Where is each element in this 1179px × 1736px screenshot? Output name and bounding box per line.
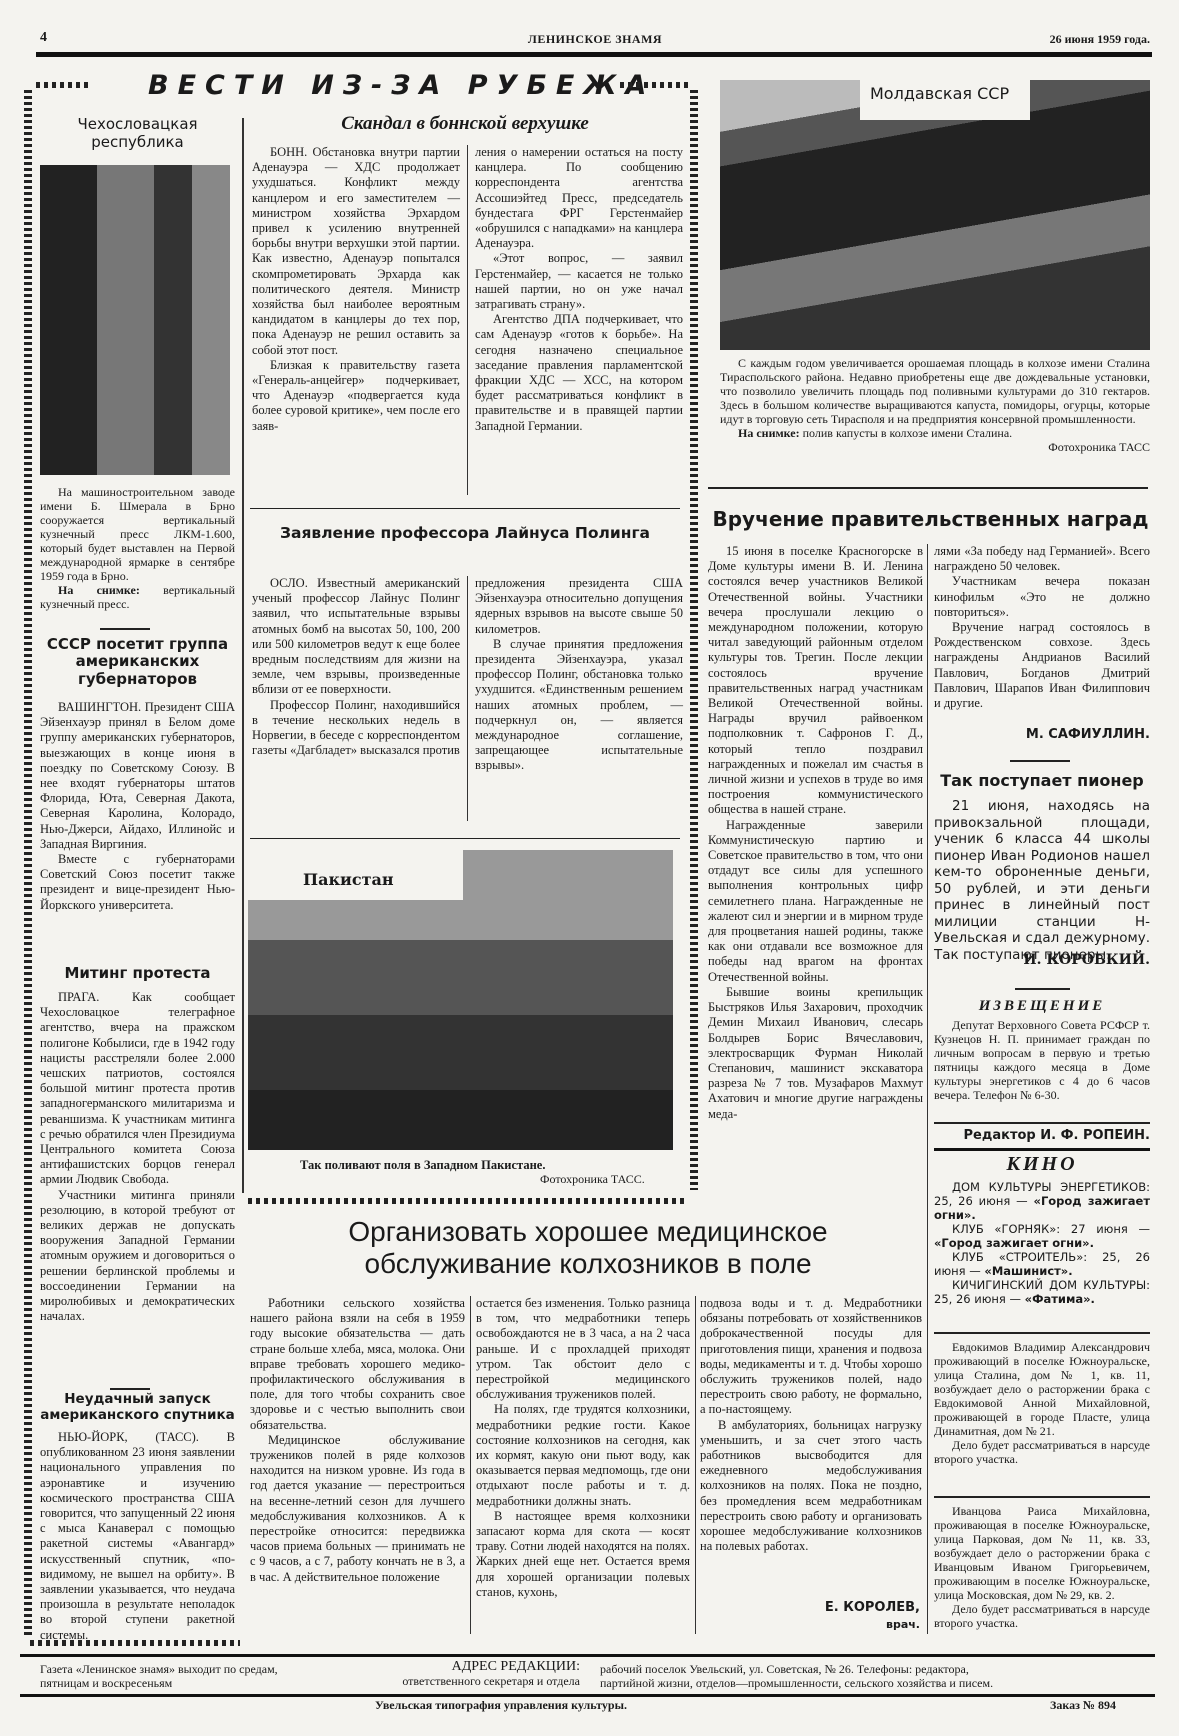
moldova-caption: С каждым годом увеличивается орошаемая п…: [720, 356, 1150, 454]
pauling-article-col1: ОСЛО. Известный американский ученый проф…: [252, 576, 460, 758]
cinema-headline: КИНО: [934, 1153, 1150, 1176]
box-border-right: [690, 90, 698, 1190]
medical-signature: Е. КОРОЛЕВ,: [700, 1600, 920, 1615]
divider: [1015, 988, 1070, 990]
column-rule: [470, 1296, 471, 1634]
bonn-article-col1: БОНН. Обстановка внутри партии Аденауэра…: [252, 145, 460, 434]
footer-rule: [20, 1694, 1155, 1697]
column-rule: [927, 544, 928, 1634]
divider: [934, 1148, 1150, 1151]
bonn-article-col2: ления о намерении остаться на посту канц…: [475, 145, 683, 434]
medical-headline: Организовать хорошее медицинское обслужи…: [248, 1216, 928, 1280]
pioneer-article: 21 июня, находясь на привокзальной площа…: [934, 798, 1150, 963]
box-border-bottom: [30, 1640, 240, 1646]
czech-label: Чехословацкая республика: [40, 115, 235, 151]
box-border-bottom: [248, 1198, 688, 1204]
editorial-address-details: рабочий поселок Увельский, ул. Советская…: [600, 1662, 1160, 1690]
divider: [934, 1496, 1150, 1498]
awards-signature: М. САФИУЛЛИН.: [934, 727, 1150, 742]
divider: [1010, 760, 1070, 762]
cinema-entry: КЛУБ «ГОРНЯК»: 27 июня — «Город зажигает…: [934, 1222, 1150, 1250]
divorce-notice-1: Евдокимов Владимир Александрович прожива…: [934, 1340, 1150, 1466]
cinema-entry: КИЧИГИНСКИЙ ДОМ КУЛЬТУРЫ: 25, 26 июня — …: [934, 1278, 1150, 1306]
notice-headline: ИЗВЕЩЕНИЕ: [934, 998, 1150, 1015]
divider: [110, 1388, 150, 1390]
divider: [250, 508, 680, 509]
protest-article: ПРАГА. Как сообщает Чехословацкое телегр…: [40, 990, 235, 1324]
moldova-label: Молдавская ССР: [860, 78, 1030, 103]
printer-line: Увельская типография управления культуры…: [375, 1698, 627, 1713]
pakistan-label-box: Пакистан: [248, 850, 463, 900]
awards-headline: Вручение правительственных наград: [708, 508, 1153, 531]
notice-text: Депутат Верховного Совета РСФСР т. Кузне…: [934, 1018, 1150, 1102]
wavy-ornament-right: [620, 82, 690, 88]
issue-date: 26 июня 1959 года.: [1050, 32, 1150, 47]
masthead-rule: [36, 52, 1152, 57]
pakistan-label: Пакистан: [248, 850, 463, 889]
column-rule: [242, 118, 244, 1193]
awards-article-col1: 15 июня в поселке Красногорске в Доме ку…: [708, 544, 923, 1122]
awards-article-col2: лями «За победу над Германией». Всего на…: [934, 544, 1150, 711]
medical-signature-title: врач.: [700, 1618, 920, 1631]
divider: [250, 838, 680, 839]
pakistan-credit: Фотохроника ТАСС.: [540, 1172, 645, 1187]
pioneer-signature: И. КОРОБКИЙ.: [934, 952, 1150, 968]
satellite-article: НЬЮ-ЙОРК, (ТАСС). В опубликованном 23 ию…: [40, 1430, 235, 1643]
czech-caption: На машиностроительном заводе имени Б. Шм…: [40, 485, 235, 611]
column-rule: [467, 145, 468, 495]
wavy-ornament-left: [36, 82, 92, 88]
divider: [100, 628, 150, 630]
cinema-listings: ДОМ КУЛЬТУРЫ ЭНЕРГЕТИКОВ: 25, 26 июня — …: [934, 1180, 1150, 1306]
moldova-credit: Фотохроника ТАСС: [720, 440, 1150, 454]
medical-article-col1: Работники сельского хозяйства нашего рай…: [250, 1296, 465, 1585]
masthead: 4 ЛЕНИНСКОЕ ЗНАМЯ 26 июня 1959 года.: [40, 30, 1150, 52]
bonn-headline: Скандал в боннской верхушке: [250, 113, 680, 135]
pioneer-headline: Так поступает пионер: [934, 772, 1150, 790]
medical-article-col2: остается без изменения. Только разница в…: [476, 1296, 690, 1600]
governors-article: ВАШИНГТОН. Президент США Эйзенхауэр прин…: [40, 700, 235, 913]
pauling-article-col2: предложения президента США Эйзенхауэра о…: [475, 576, 683, 774]
order-number: Заказ № 894: [1050, 1698, 1116, 1713]
cinema-entry: ДОМ КУЛЬТУРЫ ЭНЕРГЕТИКОВ: 25, 26 июня — …: [934, 1180, 1150, 1222]
divider: [934, 1122, 1150, 1124]
editorial-address: АДРЕС РЕДАКЦИИ: ответственного секретаря…: [330, 1660, 580, 1688]
divorce-notice-2: Иванцова Раиса Михайловна, проживающая в…: [934, 1504, 1150, 1630]
pauling-headline: Заявление профессора Лайнуса Полинга: [250, 525, 680, 543]
moldova-irrigation-photo: [720, 80, 1150, 350]
divider: [708, 487, 1148, 489]
satellite-headline: Неудачный запуск американского спутника: [40, 1392, 235, 1423]
editor-line: Редактор И. Ф. РОПЕИН.: [934, 1128, 1150, 1143]
section-title: ВЕСТИ ИЗ-ЗА РУБЕЖА: [148, 70, 655, 101]
footer-rule: [20, 1654, 1155, 1657]
moldova-label-box: Молдавская ССР: [860, 78, 1030, 120]
column-rule: [467, 576, 468, 821]
box-border-left: [24, 90, 32, 1635]
governors-headline: СССР посетит группа американских губерна…: [40, 636, 235, 688]
publication-schedule: Газета «Ленинское знамя» выходит по сред…: [40, 1662, 280, 1690]
editor-name: И. Ф. РОПЕИН.: [1040, 1128, 1150, 1143]
cinema-entry: КЛУБ «СТРОИТЕЛЬ»: 25, 26 июня — «Машинис…: [934, 1250, 1150, 1278]
newspaper-name: ЛЕНИНСКОЕ ЗНАМЯ: [40, 32, 1150, 47]
pakistan-caption: Так поливают поля в Западном Пакистане.: [300, 1158, 545, 1173]
column-rule: [695, 1296, 696, 1634]
protest-headline: Митинг протеста: [40, 965, 235, 982]
divider: [934, 1332, 1150, 1334]
medical-article-col3: подвоза воды и т. д. Медработники обязан…: [700, 1296, 922, 1554]
czech-press-photo: [40, 165, 230, 475]
